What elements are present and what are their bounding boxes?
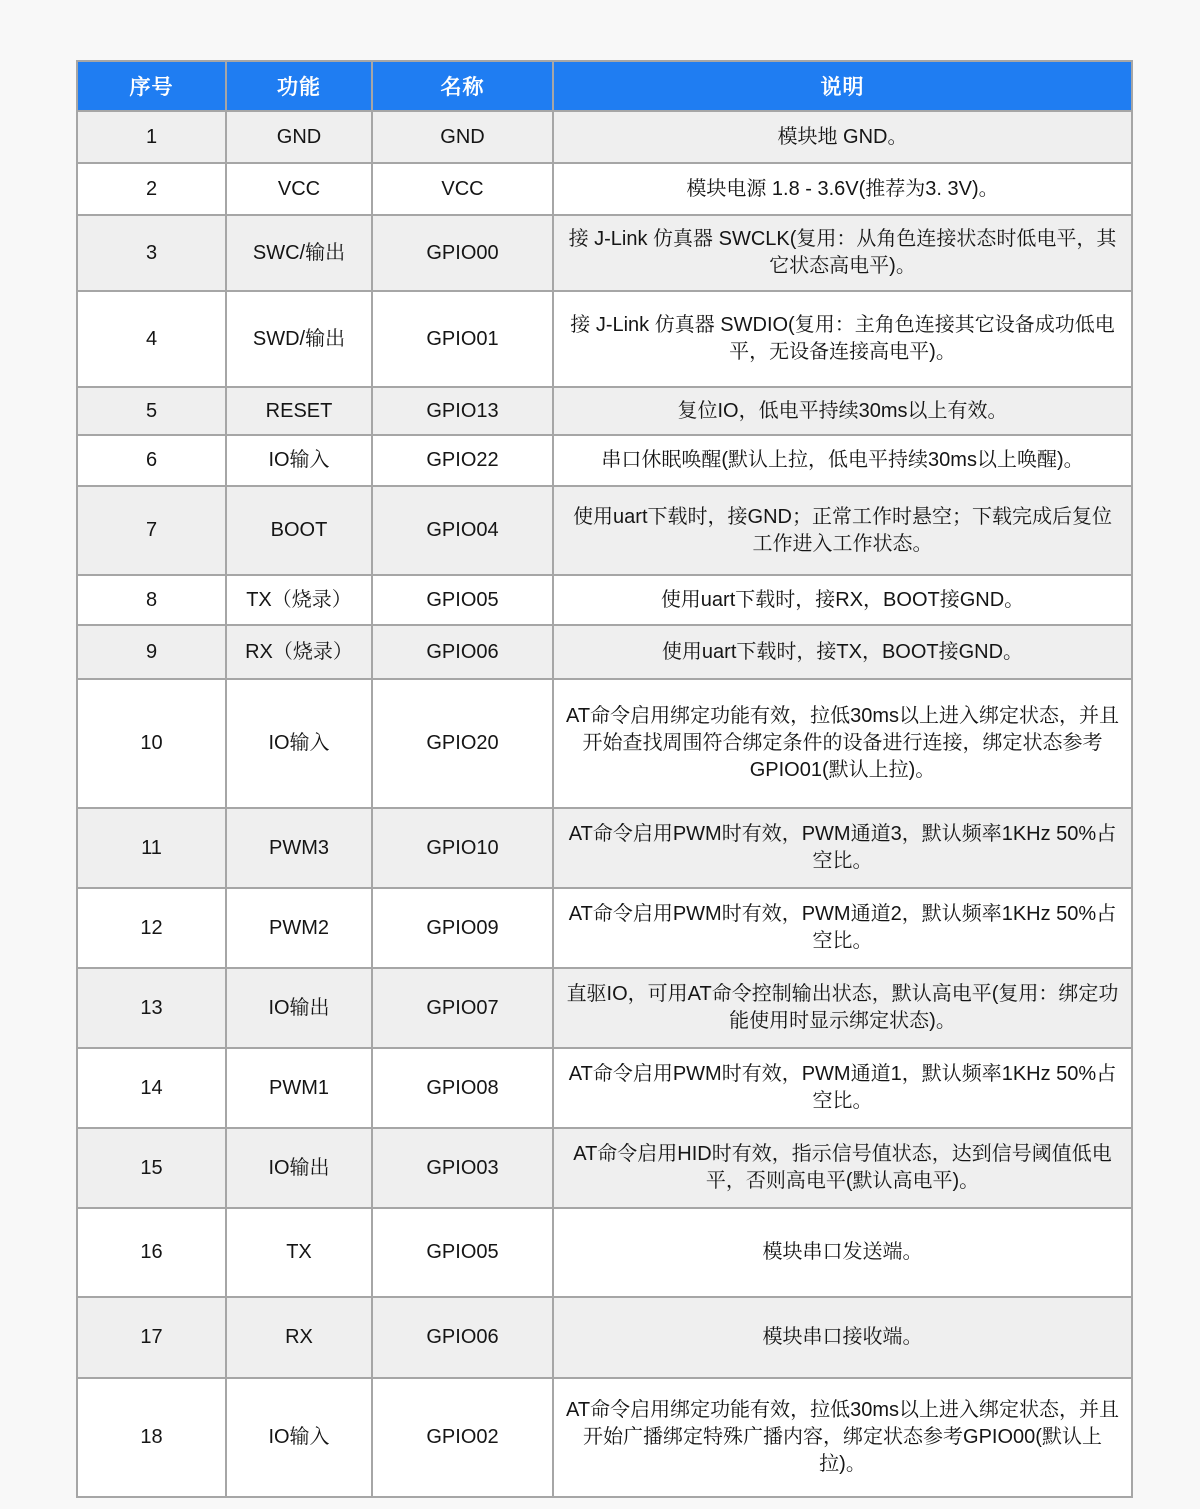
row-number-cell: 4	[77, 291, 226, 387]
table-row: 7BOOTGPIO04使用uart下载时，接GND；正常工作时悬空；下载完成后复…	[77, 486, 1132, 575]
row-number-cell: 15	[77, 1128, 226, 1208]
function-cell: IO输出	[226, 1128, 372, 1208]
description-cell: 使用uart下载时，接RX，BOOT接GND。	[553, 575, 1132, 625]
name-cell: VCC	[372, 163, 553, 215]
description-cell: 模块电源 1.8 - 3.6V(推荐为3. 3V)。	[553, 163, 1132, 215]
description-cell: 直驱IO，可用AT命令控制输出状态，默认高电平(复用：绑定功能使用时显示绑定状态…	[553, 968, 1132, 1048]
table-row: 14PWM1GPIO08AT命令启用PWM时有效，PWM通道1，默认频率1KHz…	[77, 1048, 1132, 1128]
row-number-cell: 12	[77, 888, 226, 968]
row-number-cell: 9	[77, 625, 226, 679]
row-number-cell: 7	[77, 486, 226, 575]
description-cell: 复位IO，低电平持续30ms以上有效。	[553, 387, 1132, 435]
function-cell: IO输入	[226, 435, 372, 486]
name-cell: GPIO00	[372, 215, 553, 291]
table-row: 11PWM3GPIO10AT命令启用PWM时有效，PWM通道3，默认频率1KHz…	[77, 808, 1132, 888]
name-cell: GPIO20	[372, 679, 553, 808]
name-cell: GND	[372, 111, 553, 163]
table-row: 10IO输入GPIO20AT命令启用绑定功能有效，拉低30ms以上进入绑定状态，…	[77, 679, 1132, 808]
table-row: 5RESETGPIO13复位IO，低电平持续30ms以上有效。	[77, 387, 1132, 435]
description-cell: 接 J-Link 仿真器 SWCLK(复用：从角色连接状态时低电平，其它状态高电…	[553, 215, 1132, 291]
function-cell: SWD/输出	[226, 291, 372, 387]
function-cell: BOOT	[226, 486, 372, 575]
description-cell: 模块串口接收端。	[553, 1297, 1132, 1378]
name-cell: GPIO02	[372, 1378, 553, 1497]
description-cell: 模块串口发送端。	[553, 1208, 1132, 1297]
row-number-cell: 10	[77, 679, 226, 808]
table-row: 15IO输出GPIO03AT命令启用HID时有效，指示信号值状态，达到信号阈值低…	[77, 1128, 1132, 1208]
description-cell: 串口休眠唤醒(默认上拉，低电平持续30ms以上唤醒)。	[553, 435, 1132, 486]
function-cell: IO输入	[226, 1378, 372, 1497]
row-number-cell: 11	[77, 808, 226, 888]
page: 序号 功能 名称 说明 1GNDGND模块地 GND。2VCCVCC模块电源 1…	[0, 0, 1200, 1498]
name-cell: GPIO22	[372, 435, 553, 486]
row-number-cell: 2	[77, 163, 226, 215]
description-cell: AT命令启用PWM时有效，PWM通道2，默认频率1KHz 50%占空比。	[553, 888, 1132, 968]
function-cell: PWM3	[226, 808, 372, 888]
table-row: 2VCCVCC模块电源 1.8 - 3.6V(推荐为3. 3V)。	[77, 163, 1132, 215]
table-row: 6IO输入GPIO22串口休眠唤醒(默认上拉，低电平持续30ms以上唤醒)。	[77, 435, 1132, 486]
function-cell: GND	[226, 111, 372, 163]
row-number-cell: 13	[77, 968, 226, 1048]
description-cell: AT命令启用PWM时有效，PWM通道3，默认频率1KHz 50%占空比。	[553, 808, 1132, 888]
row-number-cell: 6	[77, 435, 226, 486]
row-number-cell: 18	[77, 1378, 226, 1497]
table-row: 3SWC/输出GPIO00接 J-Link 仿真器 SWCLK(复用：从角色连接…	[77, 215, 1132, 291]
description-cell: AT命令启用绑定功能有效，拉低30ms以上进入绑定状态，并且开始查找周围符合绑定…	[553, 679, 1132, 808]
row-number-cell: 16	[77, 1208, 226, 1297]
name-cell: GPIO05	[372, 1208, 553, 1297]
header-description: 说明	[553, 61, 1132, 111]
name-cell: GPIO09	[372, 888, 553, 968]
table-row: 13IO输出GPIO07直驱IO，可用AT命令控制输出状态，默认高电平(复用：绑…	[77, 968, 1132, 1048]
name-cell: GPIO06	[372, 1297, 553, 1378]
name-cell: GPIO05	[372, 575, 553, 625]
row-number-cell: 17	[77, 1297, 226, 1378]
name-cell: GPIO07	[372, 968, 553, 1048]
table-body: 1GNDGND模块地 GND。2VCCVCC模块电源 1.8 - 3.6V(推荐…	[77, 111, 1132, 1497]
table-row: 1GNDGND模块地 GND。	[77, 111, 1132, 163]
description-cell: 接 J-Link 仿真器 SWDIO(复用：主角色连接其它设备成功低电平，无设备…	[553, 291, 1132, 387]
function-cell: RESET	[226, 387, 372, 435]
row-number-cell: 14	[77, 1048, 226, 1128]
header-function: 功能	[226, 61, 372, 111]
name-cell: GPIO01	[372, 291, 553, 387]
name-cell: GPIO04	[372, 486, 553, 575]
name-cell: GPIO10	[372, 808, 553, 888]
description-cell: 使用uart下载时，接GND；正常工作时悬空；下载完成后复位工作进入工作状态。	[553, 486, 1132, 575]
function-cell: PWM2	[226, 888, 372, 968]
table-row: 8TX（烧录）GPIO05使用uart下载时，接RX，BOOT接GND。	[77, 575, 1132, 625]
pin-definition-table: 序号 功能 名称 说明 1GNDGND模块地 GND。2VCCVCC模块电源 1…	[76, 60, 1133, 1498]
table-header: 序号 功能 名称 说明	[77, 61, 1132, 111]
name-cell: GPIO13	[372, 387, 553, 435]
description-cell: 使用uart下载时，接TX，BOOT接GND。	[553, 625, 1132, 679]
function-cell: IO输出	[226, 968, 372, 1048]
header-row: 序号 功能 名称 说明	[77, 61, 1132, 111]
description-cell: AT命令启用HID时有效，指示信号值状态，达到信号阈值低电平，否则高电平(默认高…	[553, 1128, 1132, 1208]
header-number: 序号	[77, 61, 226, 111]
table-row: 4SWD/输出GPIO01接 J-Link 仿真器 SWDIO(复用：主角色连接…	[77, 291, 1132, 387]
name-cell: GPIO03	[372, 1128, 553, 1208]
function-cell: TX（烧录）	[226, 575, 372, 625]
table-row: 12PWM2GPIO09AT命令启用PWM时有效，PWM通道2，默认频率1KHz…	[77, 888, 1132, 968]
description-cell: AT命令启用PWM时有效，PWM通道1，默认频率1KHz 50%占空比。	[553, 1048, 1132, 1128]
table-row: 16TXGPIO05模块串口发送端。	[77, 1208, 1132, 1297]
table-row: 9RX（烧录）GPIO06使用uart下载时，接TX，BOOT接GND。	[77, 625, 1132, 679]
table-row: 17RXGPIO06模块串口接收端。	[77, 1297, 1132, 1378]
function-cell: VCC	[226, 163, 372, 215]
row-number-cell: 3	[77, 215, 226, 291]
function-cell: PWM1	[226, 1048, 372, 1128]
description-cell: AT命令启用绑定功能有效，拉低30ms以上进入绑定状态，并且开始广播绑定特殊广播…	[553, 1378, 1132, 1497]
name-cell: GPIO08	[372, 1048, 553, 1128]
function-cell: TX	[226, 1208, 372, 1297]
function-cell: RX	[226, 1297, 372, 1378]
row-number-cell: 5	[77, 387, 226, 435]
table-row: 18IO输入GPIO02AT命令启用绑定功能有效，拉低30ms以上进入绑定状态，…	[77, 1378, 1132, 1497]
row-number-cell: 1	[77, 111, 226, 163]
function-cell: IO输入	[226, 679, 372, 808]
function-cell: RX（烧录）	[226, 625, 372, 679]
function-cell: SWC/输出	[226, 215, 372, 291]
description-cell: 模块地 GND。	[553, 111, 1132, 163]
row-number-cell: 8	[77, 575, 226, 625]
name-cell: GPIO06	[372, 625, 553, 679]
header-name: 名称	[372, 61, 553, 111]
